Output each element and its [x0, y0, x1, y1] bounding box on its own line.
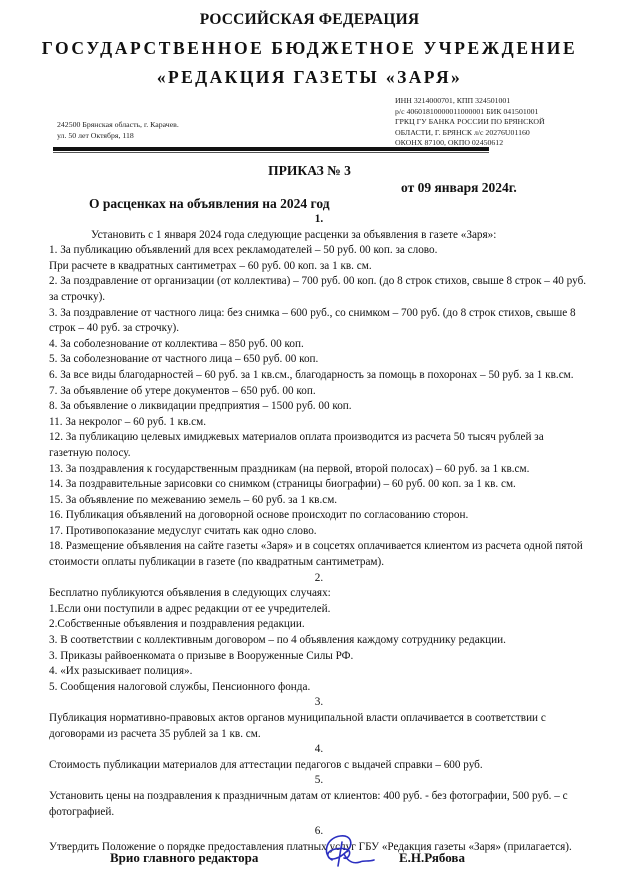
- list-item: 5. Сообщения налоговой службы, Пенсионно…: [49, 680, 589, 696]
- list-item: 11. За некролог – 60 руб. 1 кв.см.: [49, 415, 589, 431]
- address-line: ул. 50 лет Октября, 118: [57, 131, 179, 142]
- list-item: 17. Противопоказание медуслуг считать ка…: [49, 524, 589, 540]
- section-number: 4.: [49, 742, 589, 758]
- list-item: 3. Приказы райвоенкомата о призыве в Воо…: [49, 649, 589, 665]
- list-item: 7. За объявление об утере документов – 6…: [49, 384, 589, 400]
- list-item: 8. За объявление о ликвидации предприяти…: [49, 399, 589, 415]
- section-text: Установить цены на поздравления к праздн…: [49, 789, 589, 820]
- address-line: 242500 Брянская область, г. Карачев.: [57, 120, 179, 131]
- signatory-position: Врио главного редактора: [110, 850, 258, 866]
- letterhead-divider: [53, 147, 489, 151]
- section-text: Публикация нормативно-правовых актов орг…: [49, 711, 589, 742]
- order-body: 1. Установить с 1 января 2024 года следу…: [49, 212, 589, 855]
- section-number: 5.: [49, 773, 589, 789]
- section-intro: Установить с 1 января 2024 года следующи…: [49, 228, 589, 244]
- bank-detail-line: р/с 40601810000011000001 БИК 041501001: [395, 107, 545, 118]
- list-item: 5. За соболезнование от частного лица – …: [49, 352, 589, 368]
- bank-detail-line: ИНН 3214000701, КПП 324501001: [395, 96, 545, 107]
- list-item: 2.Собственные объявления и поздравления …: [49, 617, 589, 633]
- address-block: 242500 Брянская область, г. Карачев. ул.…: [57, 120, 179, 141]
- order-title: ПРИКАЗ № 3: [0, 163, 619, 179]
- list-item: При расчете в квадратных сантиметрах – 6…: [49, 259, 589, 275]
- list-item: 12. За публикацию целевых имиджевых мате…: [49, 430, 589, 461]
- list-item: 14. За поздравительные зарисовки со сним…: [49, 477, 589, 493]
- section-number: 1.: [49, 212, 589, 228]
- section-number: 3.: [49, 695, 589, 711]
- list-item: 13. За поздравления к государственным пр…: [49, 462, 589, 478]
- signatory-name: Е.Н.Рябова: [399, 850, 465, 866]
- bank-detail-line: ГРКЦ ГУ БАНКА РОССИИ ПО БРЯНСКОЙ: [395, 117, 545, 128]
- section-intro: Бесплатно публикуются объявления в следу…: [49, 586, 589, 602]
- signature-icon: [318, 832, 388, 872]
- list-item: 4. За соболезнование от коллектива – 850…: [49, 337, 589, 353]
- order-subject: О расценках на объявления на 2024 год: [89, 196, 330, 212]
- list-item: 4. «Их разыскивает полиция».: [49, 664, 589, 680]
- list-item: 15. За объявление по межеванию земель – …: [49, 493, 589, 509]
- letterhead-divider-thin: [53, 152, 489, 153]
- list-item: 1.Если они поступили в адрес редакции от…: [49, 602, 589, 618]
- list-item: 18. Размещение объявления на сайте газет…: [49, 539, 589, 570]
- country-heading: РОССИЙСКАЯ ФЕДЕРАЦИЯ: [0, 11, 619, 29]
- bank-detail-line: ОБЛАСТИ, Г. БРЯНСК л/с 20276U01160: [395, 128, 545, 139]
- section-number: 2.: [49, 571, 589, 587]
- institution-heading: ГОСУДАРСТВЕННОЕ БЮДЖЕТНОЕ УЧРЕЖДЕНИЕ: [0, 38, 619, 59]
- list-item: 1. За публикацию объявлений для всех рек…: [49, 243, 589, 259]
- bank-details-block: ИНН 3214000701, КПП 324501001 р/с 406018…: [395, 96, 545, 149]
- list-item: 3. В соответствии с коллективным договор…: [49, 633, 589, 649]
- list-item: 2. За поздравление от организации (от ко…: [49, 274, 589, 305]
- order-date: от 09 января 2024г.: [401, 180, 517, 196]
- section-text: Стоимость публикации материалов для атте…: [49, 758, 589, 774]
- list-item: 6. За все виды благодарностей – 60 руб. …: [49, 368, 589, 384]
- organization-name: «РЕДАКЦИЯ ГАЗЕТЫ «ЗАРЯ»: [0, 67, 619, 88]
- list-item: 3. За поздравление от частного лица: без…: [49, 306, 589, 337]
- list-item: 16. Публикация объявлений на договорной …: [49, 508, 589, 524]
